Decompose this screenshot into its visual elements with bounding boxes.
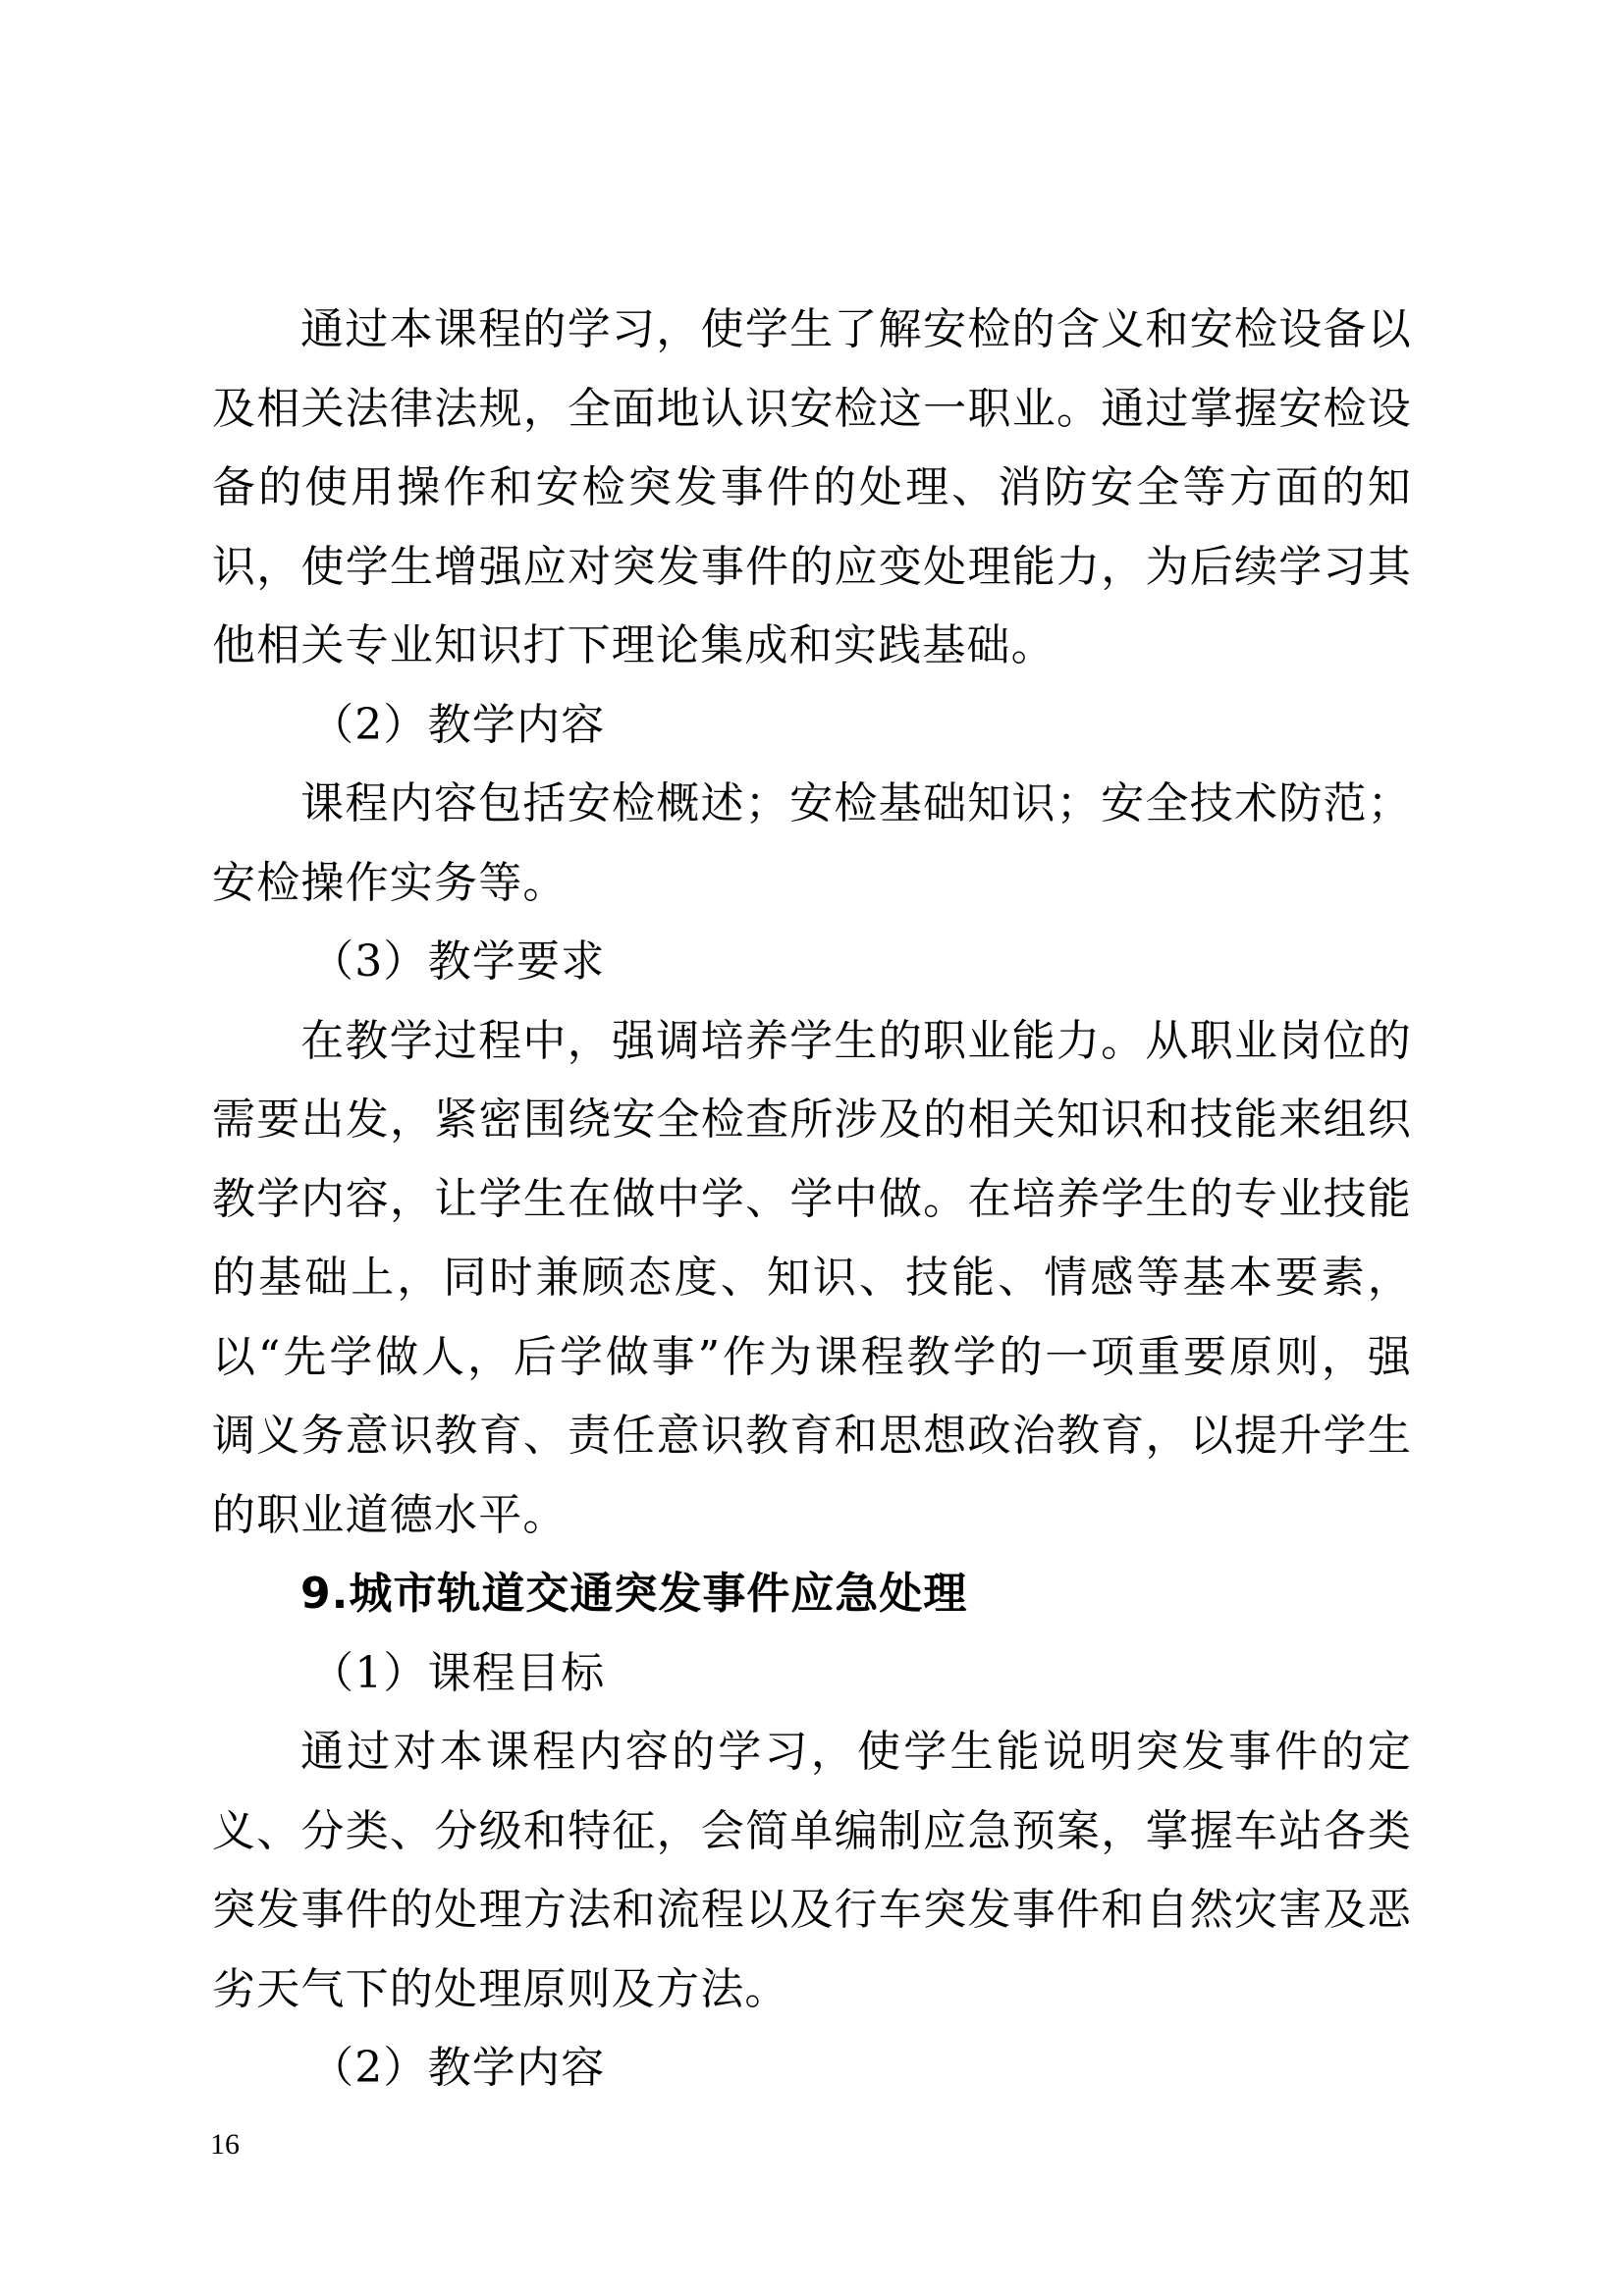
subheading-teaching-content-emergency: （2）教学内容 <box>212 2029 1412 2109</box>
paragraph-teaching-content-security: 课程内容包括安检概述；安检基础知识；安全技术防范；安检操作实务等。 <box>212 765 1412 923</box>
paragraph-teaching-requirements-security: 在教学过程中，强调培养学生的职业能力。从职业岗位的需要出发，紧密围绕安全检查所涉… <box>212 1002 1412 1556</box>
subheading-teaching-requirements: （3）教学要求 <box>212 923 1412 1002</box>
section-title-emergency-handling: 9.城市轨道交通突发事件应急处理 <box>212 1555 1412 1634</box>
paragraph-course-objective-emergency: 通过对本课程内容的学习，使学生能说明突发事件的定义、分类、分级和特征，会简单编制… <box>212 1713 1412 2029</box>
paragraph-course-objective-security: 通过本课程的学习，使学生了解安检的含义和安检设备以及相关法律法规，全面地认识安检… <box>212 291 1412 686</box>
subheading-teaching-content: （2）教学内容 <box>212 686 1412 766</box>
document-page: 通过本课程的学习，使学生了解安检的含义和安检设备以及相关法律法规，全面地认识安检… <box>212 291 1412 2109</box>
page-number: 16 <box>210 2128 240 2162</box>
subheading-course-objective: （1）课程目标 <box>212 1634 1412 1714</box>
